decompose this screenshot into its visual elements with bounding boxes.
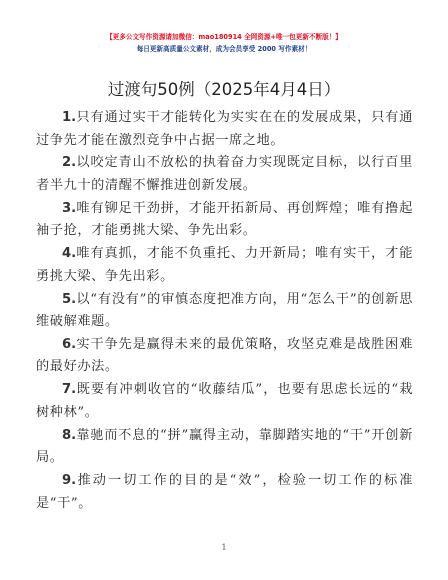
list-item: 7.既要有冲刺收官的“收藤结瓜”，也要有思虑长远的“栽树种林”。	[36, 379, 413, 424]
list-item: 2.以咬定青山不放松的执着奋力实现既定目标，以行百里者半九十的清醒不懈推进创新发…	[36, 152, 413, 197]
list-item: 4.唯有真抓，才能不负重托、力开新局；唯有实干，才能勇挑大梁、争先出彩。	[36, 243, 413, 288]
item-number: 9.	[62, 473, 76, 488]
list-item: 3.唯有铆足干劲拼，才能开拓新局、再创辉煌；唯有撸起袖子抢，才能勇挑大梁、争先出…	[36, 198, 413, 243]
item-text: 实干争先是赢得未来的最优策略，攻坚克难是战胜困难的最好办法。	[36, 337, 413, 375]
document-title: 过渡句50例（2025年4月4日）	[0, 76, 448, 100]
item-text: 推动一切工作的目的是“效”，检验一切工作的标准是“干”。	[36, 473, 413, 511]
item-text: 以咬定青山不放松的执着奋力实现既定目标，以行百里者半九十的清醒不懈推进创新发展。	[36, 155, 413, 193]
item-number: 8.	[62, 428, 76, 443]
item-number: 2.	[62, 155, 76, 170]
document-page: 【更多公文写作资源请加微信：mao180914 全网资源+唯一包更新不断版！】 …	[0, 0, 448, 580]
document-body: 1.只有通过实干才能转化为实实在在的发展成果，只有通过争先才能在激烈竞争中占据一…	[36, 107, 413, 516]
item-number: 3.	[62, 201, 76, 216]
list-item: 1.只有通过实干才能转化为实实在在的发展成果，只有通过争先才能在激烈竞争中占据一…	[36, 107, 413, 152]
promo-banner-line-1: 【更多公文写作资源请加微信：mao180914 全网资源+唯一包更新不断版！】	[0, 31, 448, 43]
item-number: 6.	[62, 337, 76, 352]
page-number: 1	[0, 543, 448, 552]
list-item: 6.实干争先是赢得未来的最优策略，攻坚克难是战胜困难的最好办法。	[36, 334, 413, 379]
list-item: 5.以“有没有”的审慎态度把准方向，用“怎么干”的创新思维破解难题。	[36, 289, 413, 334]
promo-banner: 【更多公文写作资源请加微信：mao180914 全网资源+唯一包更新不断版！】 …	[0, 31, 448, 55]
item-text: 只有通过实干才能转化为实实在在的发展成果，只有通过争先才能在激烈竞争中占据一席之…	[36, 110, 413, 148]
item-number: 5.	[62, 292, 76, 307]
item-text: 唯有真抓，才能不负重托、力开新局；唯有实干，才能勇挑大梁、争先出彩。	[36, 246, 413, 284]
item-number: 4.	[62, 246, 76, 261]
item-text: 唯有铆足干劲拼，才能开拓新局、再创辉煌；唯有撸起袖子抢，才能勇挑大梁、争先出彩。	[36, 201, 413, 239]
item-text: 靠驰而不息的“拼”赢得主动，靠脚踏实地的“干”开创新局。	[36, 428, 413, 466]
list-item: 8.靠驰而不息的“拼”赢得主动，靠脚踏实地的“干”开创新局。	[36, 425, 413, 470]
item-number: 1.	[62, 110, 76, 125]
list-item: 9.推动一切工作的目的是“效”，检验一切工作的标准是“干”。	[36, 470, 413, 515]
item-text: 既要有冲刺收官的“收藤结瓜”，也要有思虑长远的“栽树种林”。	[36, 382, 413, 420]
item-text: 以“有没有”的审慎态度把准方向，用“怎么干”的创新思维破解难题。	[36, 292, 413, 330]
promo-banner-line-2: 每日更新高质量公文素材，成为会员享受 2000 写作素材！	[0, 43, 448, 55]
item-number: 7.	[62, 382, 76, 397]
